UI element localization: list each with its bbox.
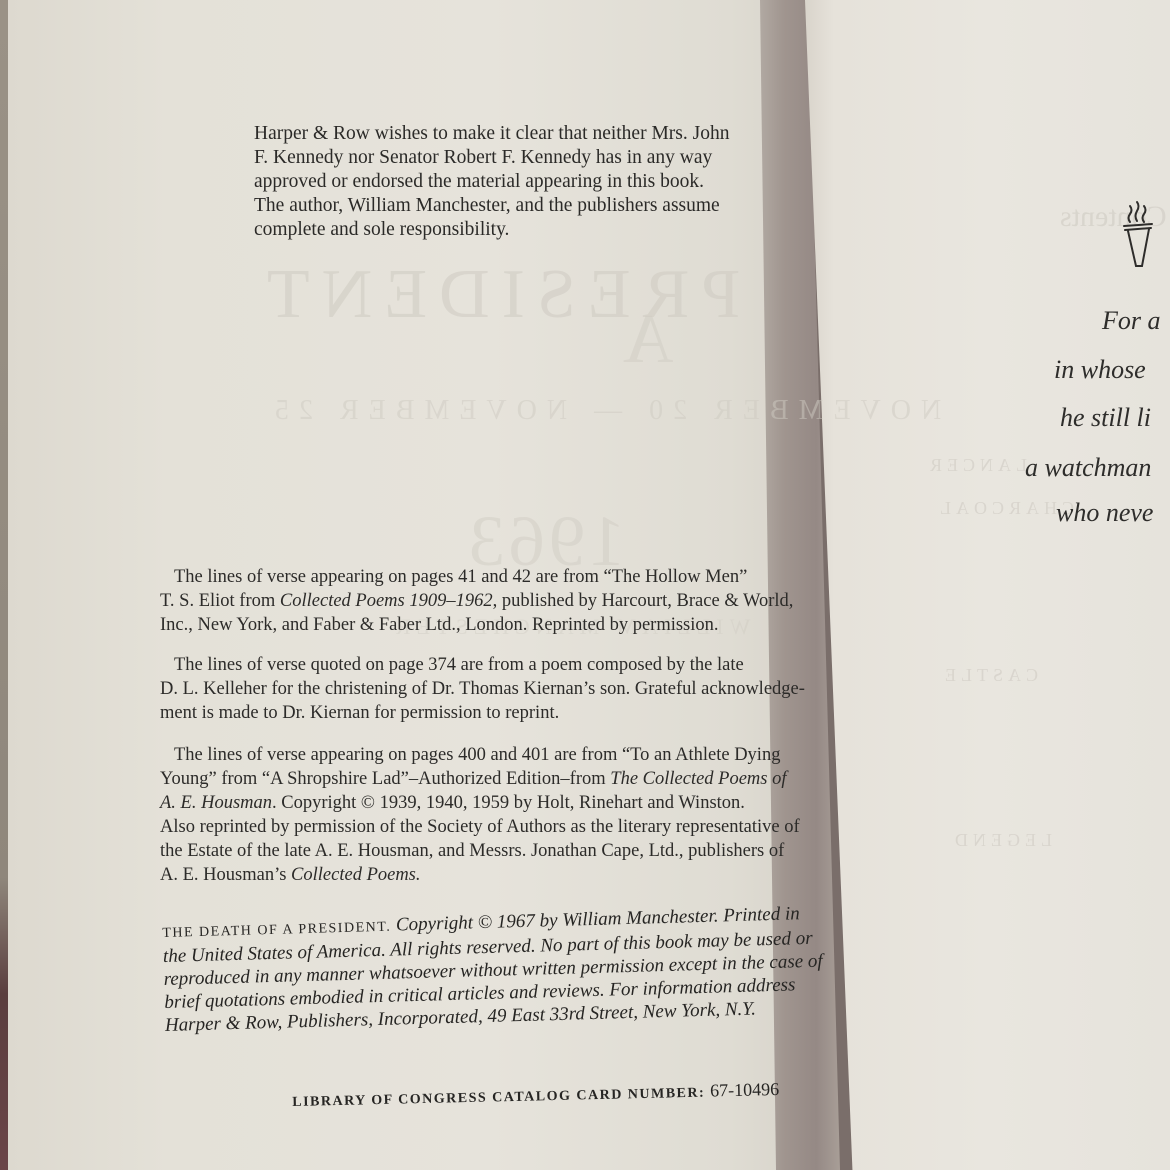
- show-through-article: A: [615, 300, 674, 380]
- permission-housman: The lines of verse appearing on pages 40…: [160, 743, 800, 887]
- copyright-notice: THE DEATH OF A PRESIDENT. Copyright © 19…: [162, 902, 824, 1037]
- permission-line: The lines of verse appearing on pages 41…: [160, 565, 793, 589]
- disclaimer-line: approved or endorsed the material appear…: [254, 170, 729, 194]
- text-run: . Copyright © 1939, 1940, 1959 by Holt, …: [272, 793, 745, 813]
- italic-author: A. E. Housman: [160, 793, 272, 813]
- show-through-dates: NOVEMBER 20 — NOVEMBER 25: [265, 395, 941, 427]
- torch-icon: [1118, 200, 1158, 272]
- dedication-page: [805, 0, 1170, 1170]
- permission-line: Young” from “A Shropshire Lad”–Authorize…: [160, 767, 800, 791]
- disclaimer-line: F. Kennedy nor Senator Robert F. Kennedy…: [254, 146, 729, 170]
- italic-title: Collected Poems.: [291, 865, 420, 885]
- permission-line: Also reprinted by permission of the Soci…: [160, 815, 800, 839]
- italic-title: The Collected Poems of: [610, 769, 786, 789]
- permission-line: A. E. Housman. Copyright © 1939, 1940, 1…: [160, 791, 800, 815]
- disclaimer-line: complete and sole responsibility.: [254, 218, 729, 242]
- dedication-line: in whose: [1054, 355, 1146, 385]
- permission-kelleher: The lines of verse quoted on page 374 ar…: [160, 653, 805, 725]
- text-run: A. E. Housman’s: [160, 865, 291, 885]
- show-through-item: LANCER: [925, 455, 1027, 476]
- disclaimer-line: The author, William Manchester, and the …: [254, 194, 729, 218]
- book-title-caps: THE DEATH OF A PRESIDENT.: [162, 920, 391, 941]
- dedication-line: he still li: [1060, 403, 1151, 433]
- permission-line: the Estate of the late A. E. Housman, an…: [160, 839, 800, 863]
- publisher-disclaimer: Harper & Row wishes to make it clear tha…: [254, 122, 729, 242]
- permission-eliot: The lines of verse appearing on pages 41…: [160, 565, 793, 637]
- permission-line: D. L. Kelleher for the christening of Dr…: [160, 677, 805, 701]
- lccn-number: 67-10496: [710, 1079, 779, 1101]
- text-run: Young” from “A Shropshire Lad”–Authorize…: [160, 769, 610, 789]
- dedication-line: who neve: [1056, 498, 1153, 528]
- permission-line: A. E. Housman’s Collected Poems.: [160, 863, 800, 887]
- permission-line: Inc., New York, and Faber & Faber Ltd., …: [160, 613, 793, 637]
- permission-line: The lines of verse appearing on pages 40…: [160, 743, 800, 767]
- dedication-line: For a: [1102, 306, 1161, 336]
- show-through-item: CHARCOAL: [935, 498, 1074, 519]
- permission-line: ment is made to Dr. Kiernan for permissi…: [160, 701, 805, 725]
- permission-line: The lines of verse quoted on page 374 ar…: [160, 653, 805, 677]
- binding-edge: [0, 0, 8, 1170]
- text-run: T. S. Eliot from: [160, 591, 280, 611]
- show-through-item: LEGEND: [950, 830, 1052, 851]
- show-through-item: CASTLE: [940, 665, 1038, 686]
- dedication-line: a watchman: [1025, 453, 1151, 483]
- italic-title: Collected Poems 1909–1962: [280, 591, 493, 611]
- text-run: , published by Harcourt, Brace & World,: [493, 591, 794, 611]
- disclaimer-line: Harper & Row wishes to make it clear tha…: [254, 122, 729, 146]
- permission-line: T. S. Eliot from Collected Poems 1909–19…: [160, 589, 793, 613]
